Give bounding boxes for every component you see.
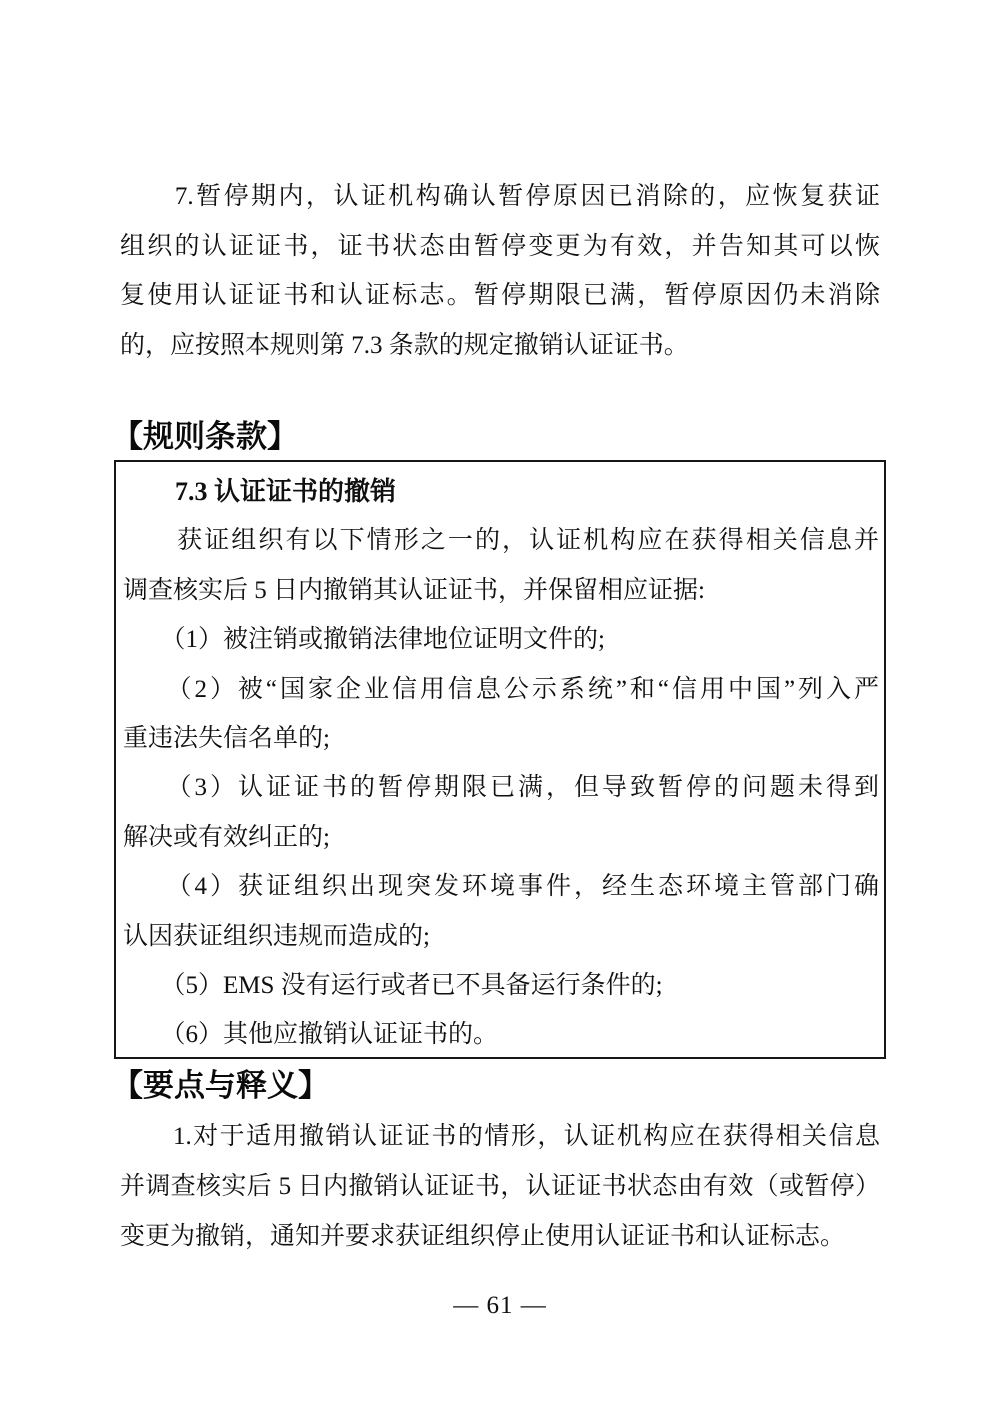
paragraph-suspension-recovery: 7.暂停期内，认证机构确认暂停原因已消除的，应恢复获证 组织的认证证书，证书状态…: [120, 172, 880, 370]
text-line: 组织的认证证书，证书状态由暂停变更为有效，并告知其可以恢: [120, 222, 880, 272]
list-item-2-cont: 重违法失信名单的;: [123, 714, 879, 763]
list-item-3: （3）认证证书的暂停期限已满，但导致暂停的问题未得到: [123, 763, 879, 812]
text-line: 变更为撤销，通知并要求获证组织停止使用认证证书和认证标志。: [120, 1212, 880, 1262]
section-heading-rule-clause: 【规则条款】: [112, 417, 298, 457]
document-page: 7.暂停期内，认证机构确认暂停原因已消除的，应恢复获证 组织的认证证书，证书状态…: [0, 0, 1000, 1414]
paragraph-key-points: 1.对于适用撤销认证证书的情形，认证机构应在获得相关信息 并调查核实后 5 日内…: [120, 1112, 880, 1262]
list-item-4-cont: 认因获证组织违规而造成的;: [123, 912, 879, 961]
list-item-4: （4）获证组织出现突发环境事件，经生态环境主管部门确: [123, 862, 879, 911]
section-heading-key-points: 【要点与释义】: [112, 1066, 329, 1106]
list-item-6: （6）其他应撤销认证证书的。: [123, 1010, 879, 1059]
list-item-2: （2）被“国家企业信用信息公示系统”和“信用中国”列入严: [123, 665, 879, 714]
text-line: 调查核实后 5 日内撤销其认证证书，并保留相应证据:: [123, 566, 879, 615]
list-item-5: （5）EMS 没有运行或者已不具备运行条件的;: [123, 961, 879, 1010]
page-number: — 61 —: [0, 1292, 1000, 1320]
list-item-1: （1）被注销或撤销法律地位证明文件的;: [123, 615, 879, 664]
text-line: 复使用认证证书和认证标志。暂停期限已满，暂停原因仍未消除: [120, 271, 880, 321]
text-line: 7.暂停期内，认证机构确认暂停原因已消除的，应恢复获证: [120, 172, 880, 222]
text-line: 1.对于适用撤销认证证书的情形，认证机构应在获得相关信息: [120, 1112, 880, 1162]
text-line: 并调查核实后 5 日内撤销认证证书，认证证书状态由有效（或暂停）: [120, 1162, 880, 1212]
list-item-3-cont: 解决或有效纠正的;: [123, 813, 879, 862]
text-line: 获证组织有以下情形之一的，认证机构应在获得相关信息并: [123, 516, 879, 565]
rule-clause-box: 7.3 认证证书的撤销 获证组织有以下情形之一的，认证机构应在获得相关信息并 调…: [114, 460, 886, 1059]
rule-box-title: 7.3 认证证书的撤销: [123, 467, 879, 516]
text-line: 的，应按照本规则第 7.3 条款的规定撤销认证证书。: [120, 321, 880, 371]
